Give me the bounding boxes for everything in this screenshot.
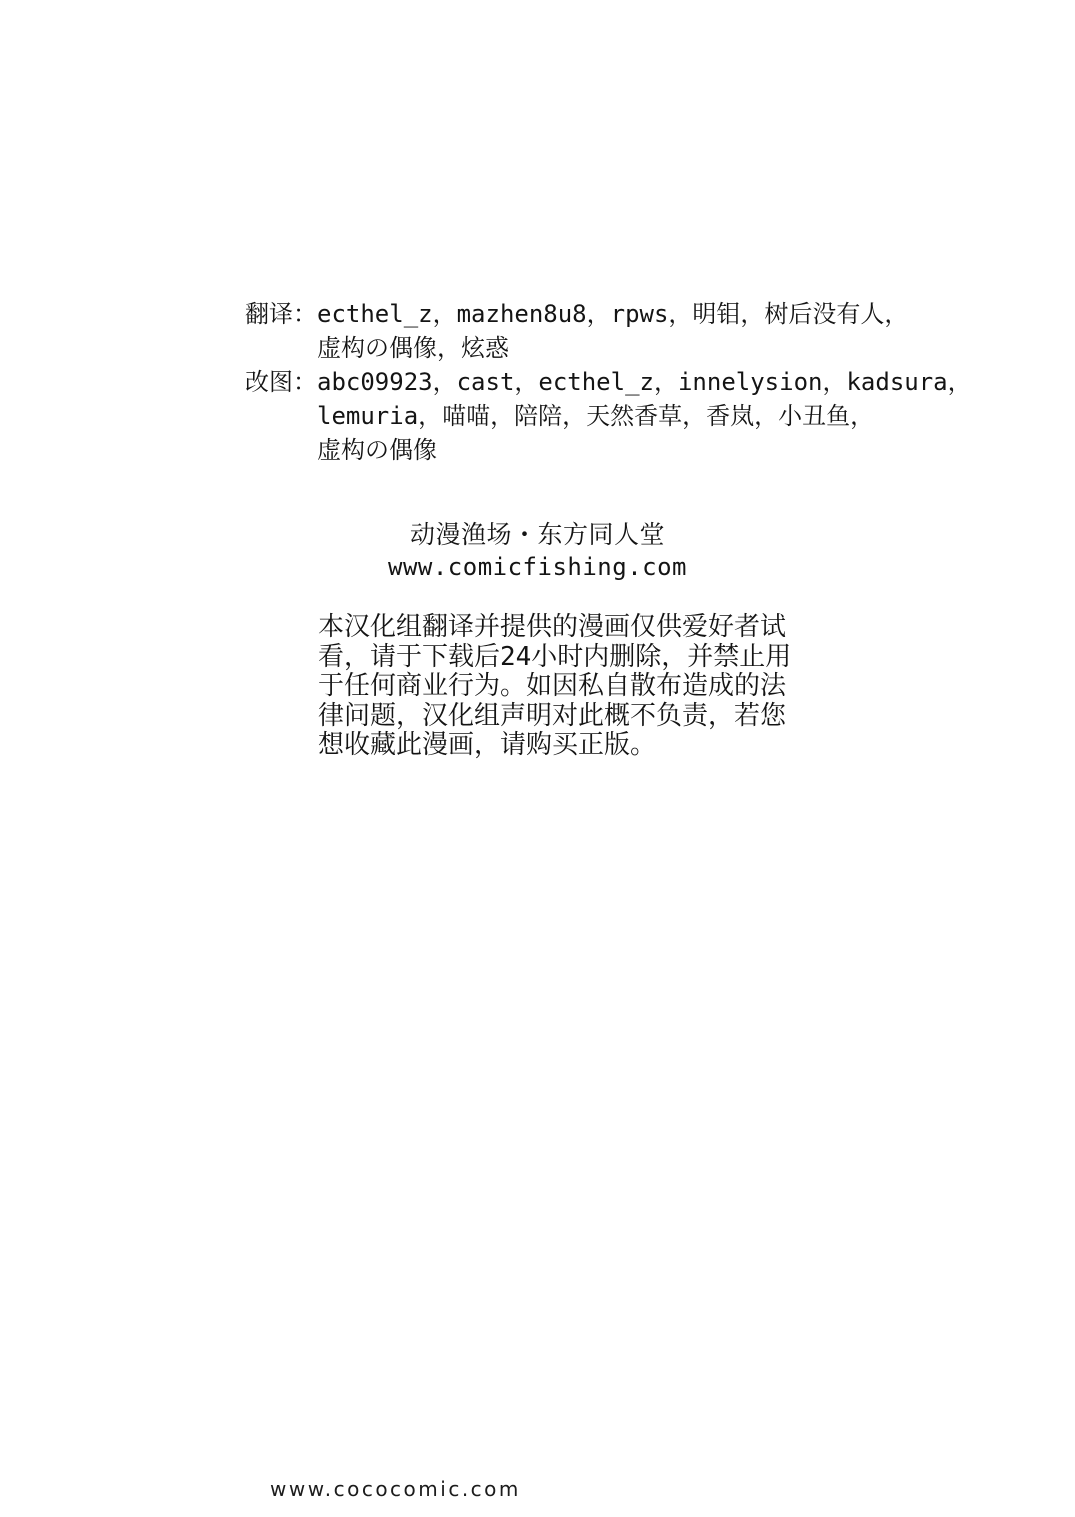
- group-name: 动漫渔场・东方同人堂: [0, 519, 1075, 551]
- credits-page: 翻译： ecthel_z，mazhen8u8，rpws，明钼，树后没有人， 虚构…: [0, 0, 1075, 1517]
- credits-block: 翻译： ecthel_z，mazhen8u8，rpws，明钼，树后没有人， 虚构…: [245, 297, 972, 467]
- disclaimer-line: 本汉化组翻译并提供的漫画仅供爱好者试: [318, 613, 791, 643]
- site-watermark: www.cococomic.com: [270, 1477, 521, 1501]
- translators-names-line: 虚构の偶像，炫惑: [317, 331, 908, 365]
- translators-row: 翻译： ecthel_z，mazhen8u8，rpws，明钼，树后没有人， 虚构…: [245, 297, 972, 365]
- disclaimer-paragraph: 本汉化组翻译并提供的漫画仅供爱好者试 看，请于下载后24小时内删除，并禁止用 于…: [318, 613, 791, 761]
- disclaimer-line: 于任何商业行为。如因私自散布造成的法: [318, 672, 791, 702]
- group-url: www.comicfishing.com: [0, 551, 1075, 583]
- editors-row: 改图： abc09923，cast，ecthel_z，innelysion，ka…: [245, 365, 972, 467]
- editors-names-line: abc09923，cast，ecthel_z，innelysion，kadsur…: [317, 365, 972, 399]
- disclaimer-line: 律问题，汉化组声明对此概不负责，若您: [318, 702, 791, 732]
- translators-names: ecthel_z，mazhen8u8，rpws，明钼，树后没有人， 虚构の偶像，…: [317, 297, 908, 365]
- disclaimer-line: 看，请于下载后24小时内删除，并禁止用: [318, 643, 791, 673]
- translators-names-line: ecthel_z，mazhen8u8，rpws，明钼，树后没有人，: [317, 297, 908, 331]
- translators-label: 翻译：: [245, 297, 317, 331]
- editors-label: 改图：: [245, 365, 317, 399]
- disclaimer-line: 想收藏此漫画，请购买正版。: [318, 731, 791, 761]
- editors-names: abc09923，cast，ecthel_z，innelysion，kadsur…: [317, 365, 972, 467]
- editors-names-line: 虚构の偶像: [317, 433, 972, 467]
- group-block: 动漫渔场・东方同人堂 www.comicfishing.com: [0, 519, 1075, 583]
- editors-names-line: lemuria，喵喵，陪陪，天然香草，香岚，小丑鱼，: [317, 399, 972, 433]
